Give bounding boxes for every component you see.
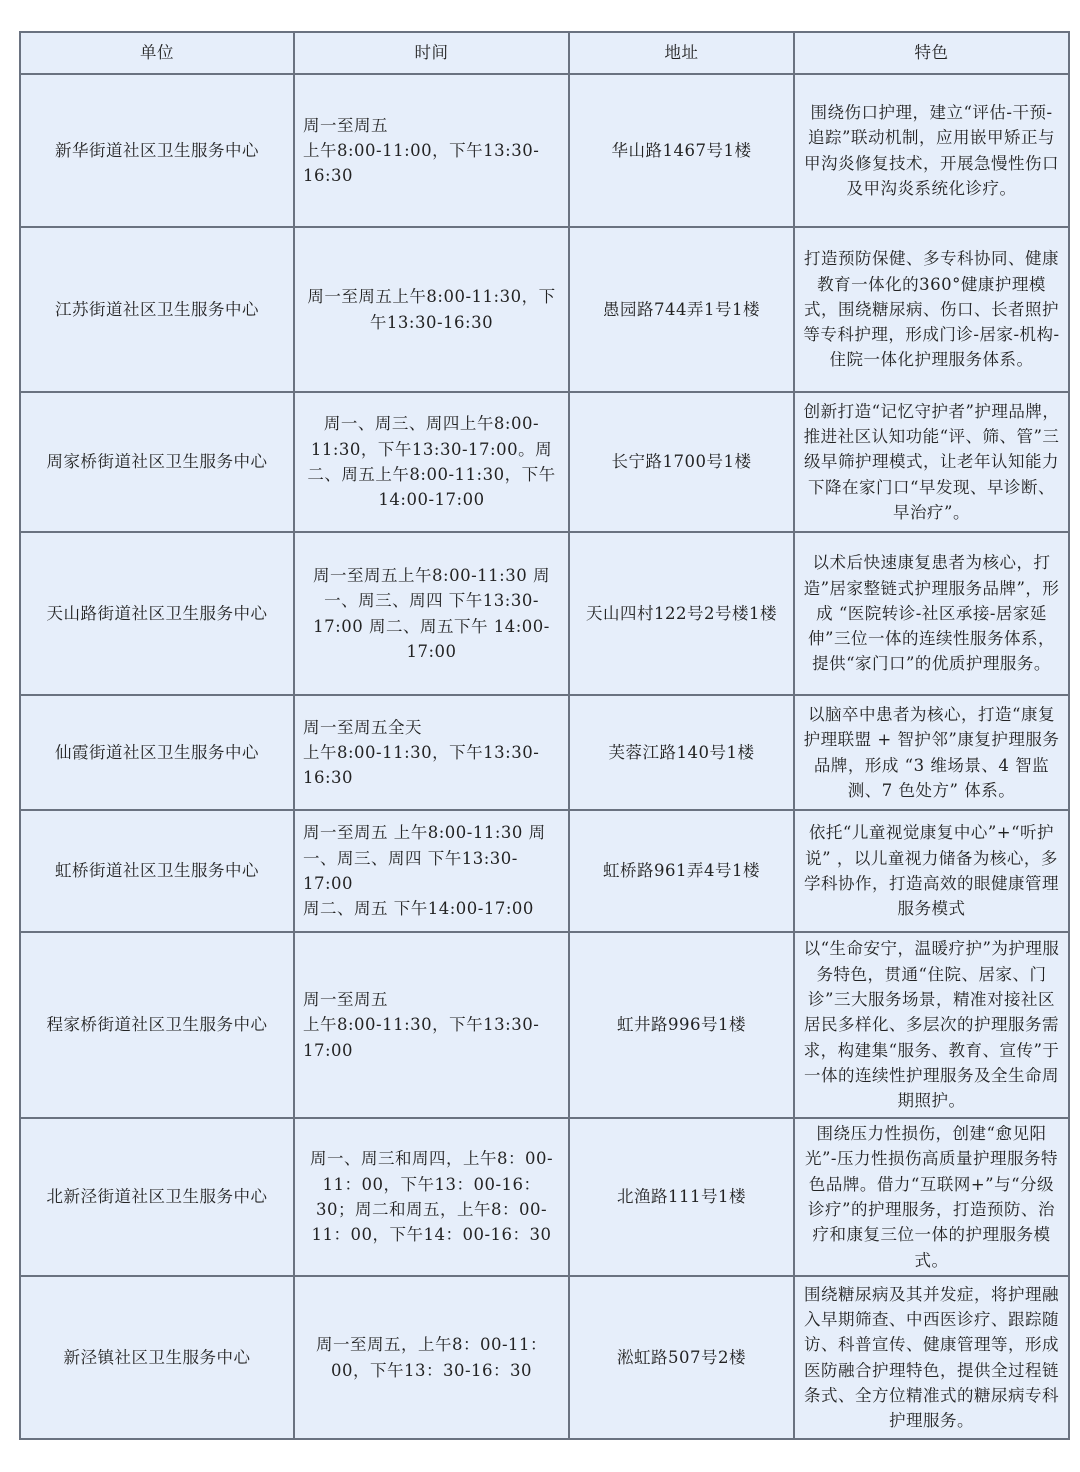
table-row: 程家桥街道社区卫生服务中心 周一至周五 上午8:00-11:30，下午13:30… [20,932,1069,1118]
header-time: 时间 [294,32,569,74]
feature-cell: 以术后快速康复患者为核心，打造”居家整链式护理服务品牌”，形成 “医院转诊-社区… [794,532,1069,695]
unit-cell: 北新泾街道社区卫生服务中心 [20,1118,294,1276]
table-row: 北新泾街道社区卫生服务中心 周一、周三和周四，上午8：00-11：00，下午13… [20,1118,1069,1276]
time-cell: 周一至周五 上午8:00-11:30 周一、周三、周四 下午13:30- 17:… [294,810,569,932]
header-unit: 单位 [20,32,294,74]
time-line: 上午8:00-11:00，下午13:30- [303,138,560,163]
address-cell: 愚园路744弄1号1楼 [569,227,794,392]
community-health-center-table: 单位 时间 地址 特色 新华街道社区卫生服务中心 周一至周五 上午8:00-11… [19,31,1070,1440]
table-row: 虹桥街道社区卫生服务中心 周一至周五 上午8:00-11:30 周一、周三、周四… [20,810,1069,932]
address-cell: 虹井路996号1楼 [569,932,794,1118]
table-header-row: 单位 时间 地址 特色 [20,32,1069,74]
time-cell: 周一至周五上午8:00-11:30 周一、周三、周四 下午13:30-17:00… [294,532,569,695]
feature-cell: 围绕糖尿病及其并发症，将护理融入早期筛查、中西医诊疗、跟踪随访、科普宣传、健康管… [794,1276,1069,1439]
address-cell: 华山路1467号1楼 [569,74,794,227]
address-cell: 淞虹路507号2楼 [569,1276,794,1439]
unit-cell: 新华街道社区卫生服务中心 [20,74,294,227]
table-row: 天山路街道社区卫生服务中心 周一至周五上午8:00-11:30 周一、周三、周四… [20,532,1069,695]
time-cell: 周一至周五上午8:00-11:30，下午13:30-16:30 [294,227,569,392]
unit-cell: 江苏街道社区卫生服务中心 [20,227,294,392]
time-cell: 周一、周三、周四上午8:00-11:30，下午13:30-17:00。周二、周五… [294,392,569,532]
table-row: 新华街道社区卫生服务中心 周一至周五 上午8:00-11:00，下午13:30-… [20,74,1069,227]
time-line: 17:00 [303,871,560,896]
unit-cell: 仙霞街道社区卫生服务中心 [20,695,294,810]
address-cell: 虹桥路961弄4号1楼 [569,810,794,932]
time-line: 上午8:00-11:30，下午13:30- [303,740,560,765]
time-line: 周一至周五上午8:00-11:30 周一、周三、周四 下午13:30-17:00… [303,563,560,664]
address-cell: 北渔路111号1楼 [569,1118,794,1276]
table-row: 仙霞街道社区卫生服务中心 周一至周五全天 上午8:00-11:30，下午13:3… [20,695,1069,810]
time-line: 周一至周五 上午8:00-11:30 周一、周三、周四 下午13:30- [303,820,560,871]
time-cell: 周一至周五全天 上午8:00-11:30，下午13:30- 16:30 [294,695,569,810]
time-line: 17:00 [303,1038,560,1063]
time-line: 16:30 [303,765,560,790]
address-cell: 芙蓉江路140号1楼 [569,695,794,810]
feature-cell: 围绕伤口护理，建立“评估-干预-追踪”联动机制，应用嵌甲矫正与甲沟炎修复技术，开… [794,74,1069,227]
time-line: 周一至周五 [303,113,560,138]
time-cell: 周一、周三和周四，上午8：00-11：00，下午13：00-16：30；周二和周… [294,1118,569,1276]
time-cell: 周一至周五 上午8:00-11:30，下午13:30- 17:00 [294,932,569,1118]
unit-cell: 虹桥街道社区卫生服务中心 [20,810,294,932]
header-feature: 特色 [794,32,1069,74]
unit-cell: 天山路街道社区卫生服务中心 [20,532,294,695]
time-line: 周一至周五全天 [303,715,560,740]
unit-cell: 周家桥街道社区卫生服务中心 [20,392,294,532]
header-address: 地址 [569,32,794,74]
table-body: 新华街道社区卫生服务中心 周一至周五 上午8:00-11:00，下午13:30-… [20,74,1069,1439]
feature-cell: 依托“儿童视觉康复中心”+“听护说” ，以儿童视力储备为核心，多学科协作，打造高… [794,810,1069,932]
feature-cell: 以“生命安宁，温暖疗护”为护理服务特色，贯通“住院、居家、门诊”三大服务场景，精… [794,932,1069,1118]
time-line: 周二、周五 下午14:00-17:00 [303,896,560,921]
table-row: 周家桥街道社区卫生服务中心 周一、周三、周四上午8:00-11:30，下午13:… [20,392,1069,532]
unit-cell: 新泾镇社区卫生服务中心 [20,1276,294,1439]
feature-cell: 围绕压力性损伤，创建“愈见阳光”-压力性损伤高质量护理服务特色品牌。借力“互联网… [794,1118,1069,1276]
address-cell: 长宁路1700号1楼 [569,392,794,532]
time-line: 16:30 [303,163,560,188]
time-line: 周一至周五上午8:00-11:30，下午13:30-16:30 [303,284,560,335]
feature-cell: 以脑卒中患者为核心，打造“康复护理联盟 + 智护邻”康复护理服务品牌，形成 “3… [794,695,1069,810]
address-cell: 天山四村122号2号楼1楼 [569,532,794,695]
time-line: 周一、周三、周四上午8:00-11:30，下午13:30-17:00。周二、周五… [303,411,560,512]
unit-cell: 程家桥街道社区卫生服务中心 [20,932,294,1118]
time-line: 周一至周五，上午8：00-11：00，下午13：30-16：30 [303,1332,560,1383]
time-line: 周一至周五 [303,987,560,1012]
time-line: 周一、周三和周四，上午8：00-11：00，下午13：00-16：30；周二和周… [303,1146,560,1247]
feature-cell: 创新打造“记忆守护者”护理品牌，推进社区认知功能“评、筛、管”三级早筛护理模式，… [794,392,1069,532]
table-row: 江苏街道社区卫生服务中心 周一至周五上午8:00-11:30，下午13:30-1… [20,227,1069,392]
time-cell: 周一至周五 上午8:00-11:00，下午13:30- 16:30 [294,74,569,227]
feature-cell: 打造预防保健、多专科协同、健康教育一体化的360°健康护理模式，围绕糖尿病、伤口… [794,227,1069,392]
time-line: 上午8:00-11:30，下午13:30- [303,1012,560,1037]
time-cell: 周一至周五，上午8：00-11：00，下午13：30-16：30 [294,1276,569,1439]
table-row: 新泾镇社区卫生服务中心 周一至周五，上午8：00-11：00，下午13：30-1… [20,1276,1069,1439]
